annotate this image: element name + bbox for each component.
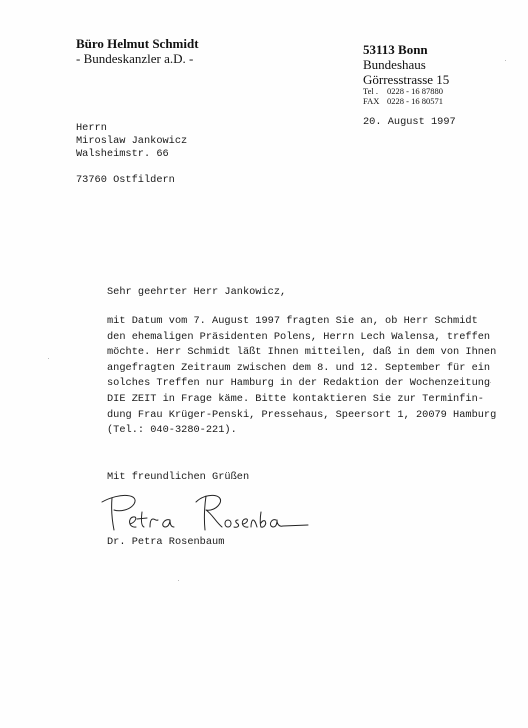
fax-label: FAX	[363, 96, 387, 106]
fax-number: 0228 - 16 80571	[387, 96, 443, 106]
letter-page: Büro Helmut Schmidt - Bundeskanzler a.D.…	[0, 0, 528, 728]
address-telephone: Tel .0228 - 16 87880	[363, 86, 443, 96]
salutation: Sehr geehrter Herr Jankowicz,	[107, 285, 286, 301]
sender-title: - Bundeskanzler a.D. -	[76, 51, 193, 67]
recipient-line: Herrn	[76, 122, 187, 135]
handwritten-signature: Petra Rosenbaum	[100, 490, 310, 535]
address-fax: FAX0228 - 16 80571	[363, 96, 443, 106]
body-line: DIE ZEIT in Frage käme. Bitte kontaktier…	[107, 392, 496, 408]
scan-speck	[178, 580, 179, 581]
address-city: 53113 Bonn	[363, 42, 428, 58]
sender-name: Büro Helmut Schmidt	[76, 36, 199, 52]
recipient-line: Walsheimstr. 66	[76, 148, 187, 161]
tel-number: 0228 - 16 87880	[387, 86, 443, 96]
recipient-address: Herrn Miroslaw Jankowicz Walsheimstr. 66…	[76, 122, 187, 187]
recipient-postal: 73760 Ostfildern	[76, 174, 187, 187]
recipient-line: Miroslaw Jankowicz	[76, 135, 187, 148]
letter-date: 20. August 1997	[363, 115, 456, 131]
body-line: solches Treffen nur Hamburg in der Redak…	[107, 376, 496, 392]
closing: Mit freundlichen Grüßen	[107, 470, 249, 486]
body-line: angefragten Zeitraum zwischen dem 8. und…	[107, 361, 496, 377]
scan-speck	[505, 60, 506, 61]
scan-speck	[300, 410, 301, 411]
body-line: mit Datum vom 7. August 1997 fragten Sie…	[107, 314, 496, 330]
scan-speck	[490, 382, 491, 383]
body-line: dung Frau Krüger-Penski, Pressehaus, Spe…	[107, 408, 496, 424]
body-line: möchte. Herr Schmidt läßt Ihnen mitteile…	[107, 345, 496, 361]
body-line: den ehemaligen Präsidenten Polens, Herrn…	[107, 330, 496, 346]
tel-label: Tel .	[363, 86, 387, 96]
body-line: (Tel.: 040-3280-221).	[107, 423, 496, 439]
address-building: Bundeshaus	[363, 57, 426, 73]
signer-name: Dr. Petra Rosenbaum	[107, 535, 224, 551]
letter-body: mit Datum vom 7. August 1997 fragten Sie…	[107, 314, 496, 439]
scan-speck	[48, 358, 49, 359]
